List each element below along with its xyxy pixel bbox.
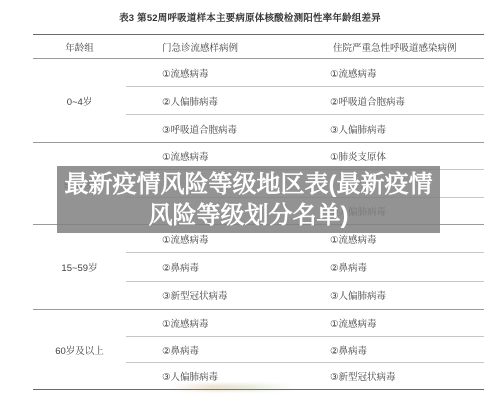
pathogen-rank-row: ①流感病毒①流感病毒 (126, 310, 484, 337)
outpatient-pathogen-cell: ①流感病毒 (126, 59, 315, 86)
pathogen-rank-row: ③新型冠状病毒③人偏肺病毒 (126, 282, 484, 309)
pathogen-rank-row: ②鼻病毒②鼻病毒 (126, 253, 484, 281)
inpatient-pathogen-cell: ②呼吸道合胞病毒 (315, 87, 484, 114)
table-row-group: 15~59岁①流感病毒①流感病毒②鼻病毒②鼻病毒③新型冠状病毒③人偏肺病毒 (33, 225, 484, 310)
outpatient-pathogen-cell: ①流感病毒 (126, 310, 315, 336)
pathogen-cells: ①流感病毒①流感病毒②人偏肺病毒②呼吸道合胞病毒③呼吸道合胞病毒③人偏肺病毒 (126, 59, 484, 142)
age-group-label: 60岁及以上 (33, 310, 126, 389)
table-header-row: 年龄组 门急诊流感样病例 住院严重急性呼吸道感染病例 (33, 35, 484, 59)
outpatient-pathogen-cell: ②鼻病毒 (126, 337, 315, 363)
inpatient-pathogen-cell: ③新型冠状病毒 (315, 363, 484, 389)
article-table-figure: 表3 第52周呼吸道样本主要病原体核酸检测阳性率年龄组差异 年龄组 门急诊流感样… (0, 0, 500, 402)
table-title: 表3 第52周呼吸道样本主要病原体核酸检测阳性率年龄组差异 (0, 0, 500, 34)
inpatient-pathogen-cell: ②鼻病毒 (315, 253, 484, 280)
pathogen-rank-row: ②人偏肺病毒②呼吸道合胞病毒 (126, 87, 484, 115)
col-header-age-group: 年龄组 (33, 40, 126, 54)
outpatient-pathogen-cell: ③呼吸道合胞病毒 (126, 115, 315, 142)
inpatient-pathogen-cell: ③人偏肺病毒 (315, 282, 484, 309)
inpatient-pathogen-cell: ②鼻病毒 (315, 337, 484, 363)
col-header-outpatient-ili: 门急诊流感样病例 (126, 40, 315, 54)
inpatient-pathogen-cell: ①流感病毒 (315, 59, 484, 86)
outpatient-pathogen-cell: ②鼻病毒 (126, 253, 315, 280)
col-header-inpatient-sari: 住院严重急性呼吸道感染病例 (315, 40, 484, 54)
table-row-group: 0~4岁①流感病毒①流感病毒②人偏肺病毒②呼吸道合胞病毒③呼吸道合胞病毒③人偏肺… (33, 59, 484, 143)
pathogen-cells: ①流感病毒①流感病毒②鼻病毒②鼻病毒③新型冠状病毒③人偏肺病毒 (126, 225, 484, 309)
pathogen-cells: ①流感病毒①流感病毒②鼻病毒②鼻病毒③人偏肺病毒③新型冠状病毒 (126, 310, 484, 389)
overlay-headline-link[interactable]: 最新疫情风险等级地区表(最新疫情风险等级划分名单) (57, 166, 440, 233)
outpatient-pathogen-cell: ③人偏肺病毒 (126, 363, 315, 389)
inpatient-pathogen-cell: ①流感病毒 (315, 310, 484, 336)
pathogen-rank-row: ③呼吸道合胞病毒③人偏肺病毒 (126, 115, 484, 142)
table-row-group: 60岁及以上①流感病毒①流感病毒②鼻病毒②鼻病毒③人偏肺病毒③新型冠状病毒 (33, 310, 484, 390)
outpatient-pathogen-cell: ②人偏肺病毒 (126, 87, 315, 114)
outpatient-pathogen-cell: ③新型冠状病毒 (126, 282, 315, 309)
age-group-label: 0~4岁 (33, 59, 126, 142)
pathogen-rank-row: ②鼻病毒②鼻病毒 (126, 337, 484, 364)
age-group-label: 15~59岁 (33, 225, 126, 309)
inpatient-pathogen-cell: ③人偏肺病毒 (315, 115, 484, 142)
pathogen-rank-row: ①流感病毒①流感病毒 (126, 59, 484, 87)
pathogen-rank-row: ③人偏肺病毒③新型冠状病毒 (126, 363, 484, 389)
